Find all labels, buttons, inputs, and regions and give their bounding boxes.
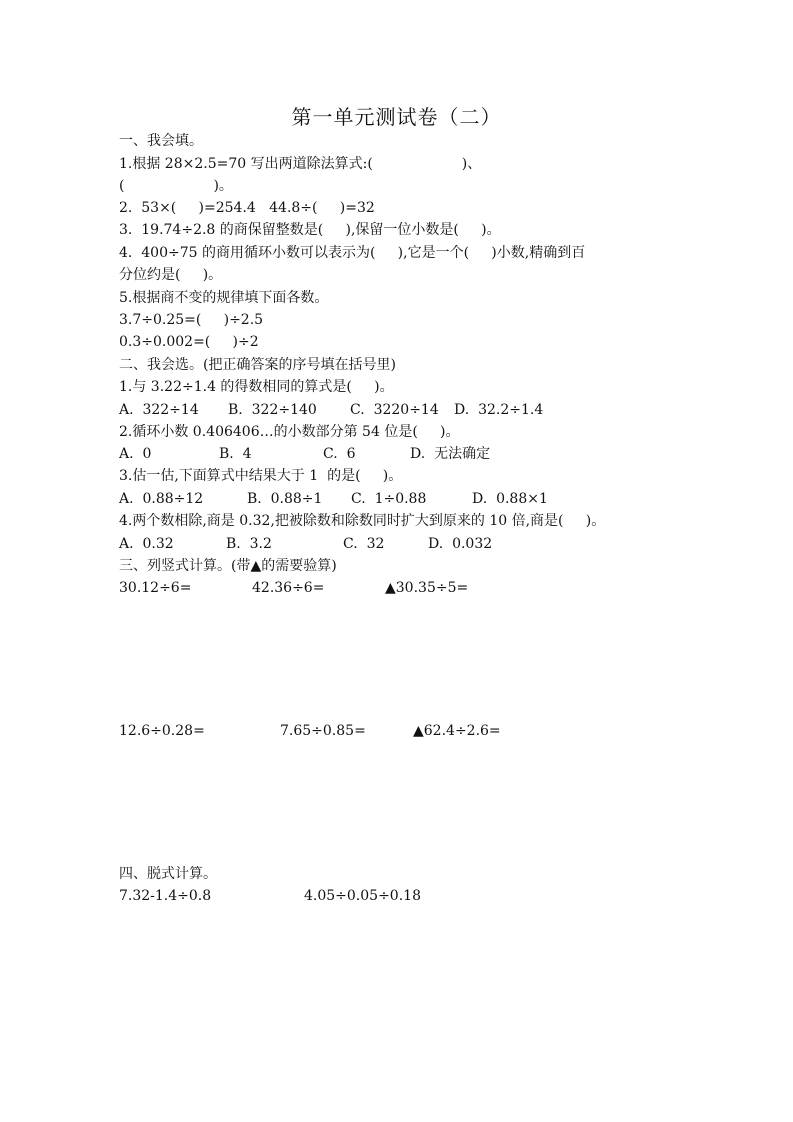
s2-q1: 1.与 3.22÷1.4 的得数相同的算式是( )。: [119, 377, 394, 397]
s3-problem-6: ▲62.4÷2.6=: [413, 721, 501, 741]
s2-q4: 4.两个数相除,商是 0.32,把被除数和除数同时扩大到原来的 10 倍,商是(…: [119, 511, 605, 531]
s1-q3: 3. 19.74÷2.8 的商保留整数是( ),保留一位小数是( )。: [119, 220, 501, 240]
s3-problem-5: 7.65÷0.85=: [280, 721, 366, 741]
s2-q4-option-b: B. 3.2: [226, 534, 272, 554]
s2-q3-option-b: B. 0.88÷1: [247, 489, 322, 509]
s1-q5a: 3.7÷0.25=( )÷2.5: [119, 310, 263, 330]
s2-q1-option-b: B. 322÷140: [228, 400, 317, 420]
s2-q1-option-c: C. 3220÷14: [350, 400, 439, 420]
section4-heading: 四、脱式计算。: [119, 864, 217, 884]
page-title: 第一单元测试卷（二）: [0, 101, 793, 130]
s2-q3-option-d: D. 0.88×1: [472, 489, 548, 509]
s3-problem-2: 42.36÷6=: [252, 578, 324, 598]
s1-q2: 2. 53×( )=254.4 44.8÷( )=32: [119, 198, 375, 218]
s1-q1-line1: 1.根据 28×2.5=70 写出两道除法算式:( )、: [119, 154, 481, 174]
s2-q3: 3.估一估,下面算式中结果大于 1 的是( )。: [119, 466, 402, 486]
s2-q2-option-d: D. 无法确定: [410, 444, 490, 464]
s2-q2-option-c: C. 6: [323, 444, 355, 464]
s1-q5: 5.根据商不变的规律填下面各数。: [119, 288, 328, 308]
s1-q4-line1: 4. 400÷75 的商用循环小数可以表示为( ),它是一个( )小数,精确到百: [119, 243, 585, 263]
s1-q4-line2: 分位约是( )。: [119, 265, 222, 285]
s2-q2: 2.循环小数 0.406406…的小数部分第 54 位是( )。: [119, 422, 460, 442]
s2-q2-option-b: B. 4: [219, 444, 252, 464]
s4-problem-1: 7.32-1.4÷0.8: [119, 886, 211, 906]
s1-q1-line2: ( )。: [119, 176, 233, 196]
section2-heading: 二、我会选。(把正确答案的序号填在括号里): [119, 355, 396, 375]
s2-q3-option-a: A. 0.88÷12: [119, 489, 203, 509]
s2-q4-option-a: A. 0.32: [119, 534, 174, 554]
section1-heading: 一、我会填。: [119, 131, 203, 151]
s1-q5b: 0.3÷0.002=( )÷2: [119, 332, 259, 352]
s2-q1-option-d: D. 32.2÷1.4: [454, 400, 543, 420]
s2-q2-option-a: A. 0: [119, 444, 151, 464]
s2-q1-option-a: A. 322÷14: [119, 400, 199, 420]
s2-q4-option-c: C. 32: [343, 534, 384, 554]
s3-problem-3: ▲30.35÷5=: [385, 578, 468, 598]
s2-q3-option-c: C. 1÷0.88: [351, 489, 426, 509]
s4-problem-2: 4.05÷0.05÷0.18: [304, 886, 421, 906]
s2-q4-option-d: D. 0.032: [428, 534, 492, 554]
s3-problem-4: 12.6÷0.28=: [119, 721, 205, 741]
section3-heading: 三、列竖式计算。(带▲的需要验算): [119, 556, 337, 576]
s3-problem-1: 30.12÷6=: [119, 578, 191, 598]
